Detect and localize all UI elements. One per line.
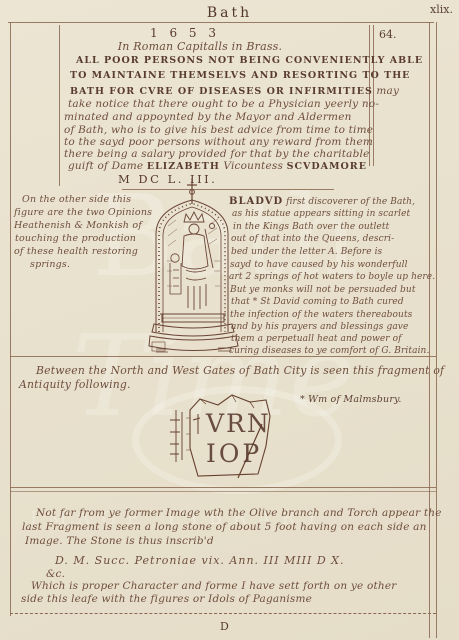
- bladud-paragraph-line-2: as his statue appears sitting in scarlet: [232, 209, 410, 219]
- signature-mark: D: [220, 620, 229, 633]
- bladud-paragraph-line-9: that * St David coming to Bath cured: [231, 297, 404, 307]
- proclamation-script-line-5: there being a salary provided for that b…: [64, 148, 370, 160]
- frame-right-rule-inner: [429, 22, 430, 638]
- bladud-name-caps: BLADVD: [229, 196, 283, 207]
- bladud-paragraph-line-11: and by his prayers and blessings gave: [231, 322, 408, 332]
- proclamation-caps-line-3-text: BATH FOR CVRE OF DISEASES OR INFIRMITIES: [70, 86, 373, 97]
- middle-paragraph-line-2: Antiquity following.: [19, 378, 131, 391]
- statue-niche-arch: [156, 200, 228, 332]
- margin-note-line-5: of these health restoring: [14, 246, 138, 257]
- margin-note-line-6: springs.: [30, 259, 70, 270]
- stone-inscription-line-1: VRN: [205, 409, 271, 438]
- proclamation-script-line-4: to the sayd poor persons without any rew…: [64, 136, 373, 148]
- proclamation-caps-line-2: TO MAINTAINE THEMSELVS AND RESORTING TO …: [70, 70, 410, 81]
- bladud-paragraph-line-4: out of that into the Queens, descri-: [231, 234, 394, 244]
- margin-note-line-1: On the other side this: [22, 194, 131, 205]
- bladud-paragraph-line-7: art 2 springs of hot waters to boyle up …: [229, 272, 435, 282]
- bottom-paragraph-line-1: Not far from ye former Image wth the Oli…: [36, 507, 442, 519]
- etcetera-mark: &c.: [46, 568, 65, 580]
- bladud-paragraph-line-6: sayd to have caused by his wonderfull: [230, 260, 408, 270]
- middle-paragraph-line-1: Between the North and West Gates of Bath…: [36, 364, 444, 377]
- margin-note-line-3: Heathenish & Monkish of: [14, 220, 142, 231]
- page-number: 64.: [379, 28, 397, 41]
- bladud-paragraph-line-10: the infection of the waters thereabouts: [230, 310, 412, 320]
- bladud-paragraph-line-3: in the Kings Bath over the outlett: [233, 222, 389, 232]
- proclamation-caps-line-1: ALL POOR PERSONS NOT BEING CONVENIENTLY …: [76, 55, 423, 66]
- statue-attendant-figure: [170, 254, 181, 294]
- proclamation-script-line-2: minated and appoynted by the Mayor and A…: [64, 111, 352, 123]
- stone-fragment-drawing: VRN IOP: [166, 390, 286, 482]
- proclamation-script-line-1: take notice that there ought to be a Phy…: [68, 98, 379, 110]
- proclamation-caps-line-3-tail: may: [373, 85, 399, 97]
- year-heading: 1 6 5 3: [65, 26, 305, 40]
- bladud-paragraph-line-5: bed under the letter A. Before is: [231, 247, 382, 257]
- section-divider-double-2: [10, 491, 436, 492]
- closing-line-2: side this leafe with the figures or Idol…: [21, 593, 312, 605]
- bladud-paragraph-line-12: them a perpetuall heat and power of: [231, 334, 402, 344]
- mixed-line-caps-scudamore: SCVDAMORE: [287, 161, 367, 172]
- frame-top-rule: [8, 22, 434, 23]
- folio-number: xlix.: [430, 3, 453, 16]
- malmsbury-reference-note: * Wm of Malmsbury.: [300, 394, 402, 405]
- inscription-transcription-line: D. M. Succ. Petroniae vix. Ann. III MIII…: [55, 554, 345, 567]
- proclamation-script-line-3: of Bath, who is to give his best advice …: [64, 124, 373, 136]
- frame-right-rule-outer: [436, 22, 437, 638]
- stone-inscription-line-2: IOP: [206, 439, 262, 468]
- closing-line-1: Which is proper Character and forme I ha…: [31, 580, 397, 592]
- proclamation-caps-line-3: BATH FOR CVRE OF DISEASES OR INFIRMITIES…: [70, 85, 399, 97]
- margin-note-line-4: touching the production: [15, 233, 136, 244]
- bottom-paragraph-line-2: last Fragment is seen a long stone of ab…: [22, 521, 427, 533]
- margin-note-line-2: figure are the two Opinions: [14, 207, 152, 218]
- stone-broken-pilaster: [170, 410, 190, 462]
- top-block-left-rule: [59, 25, 60, 186]
- frame-bottom-rule: [10, 613, 436, 614]
- statue-king-figure: [182, 212, 215, 310]
- bladud-paragraph-line-1: BLADVD first discoverer of the Bath,: [229, 196, 415, 207]
- bladud-line-1-tail: first discoverer of the Bath,: [283, 197, 415, 207]
- manuscript-page: Bath Time IMAGE LIBRARY Bath xlix. 64. 1…: [0, 0, 459, 640]
- frame-left-rule: [10, 22, 11, 616]
- proclamation-subtitle: In Roman Capitalls in Brass.: [65, 40, 335, 53]
- bottom-paragraph-line-3: Image. The Stone is thus inscrib'd: [25, 535, 214, 547]
- bladud-paragraph-line-13: curing diseases to ye comfort of G. Brit…: [229, 346, 429, 356]
- section-divider-double-1: [10, 487, 436, 488]
- page-title: Bath: [0, 5, 459, 21]
- statue-niche-shading: [167, 219, 220, 286]
- mixed-line-pre: guift of Dame: [68, 160, 147, 172]
- bladud-paragraph-line-8: But ye monks will not be persuaded but: [230, 285, 416, 295]
